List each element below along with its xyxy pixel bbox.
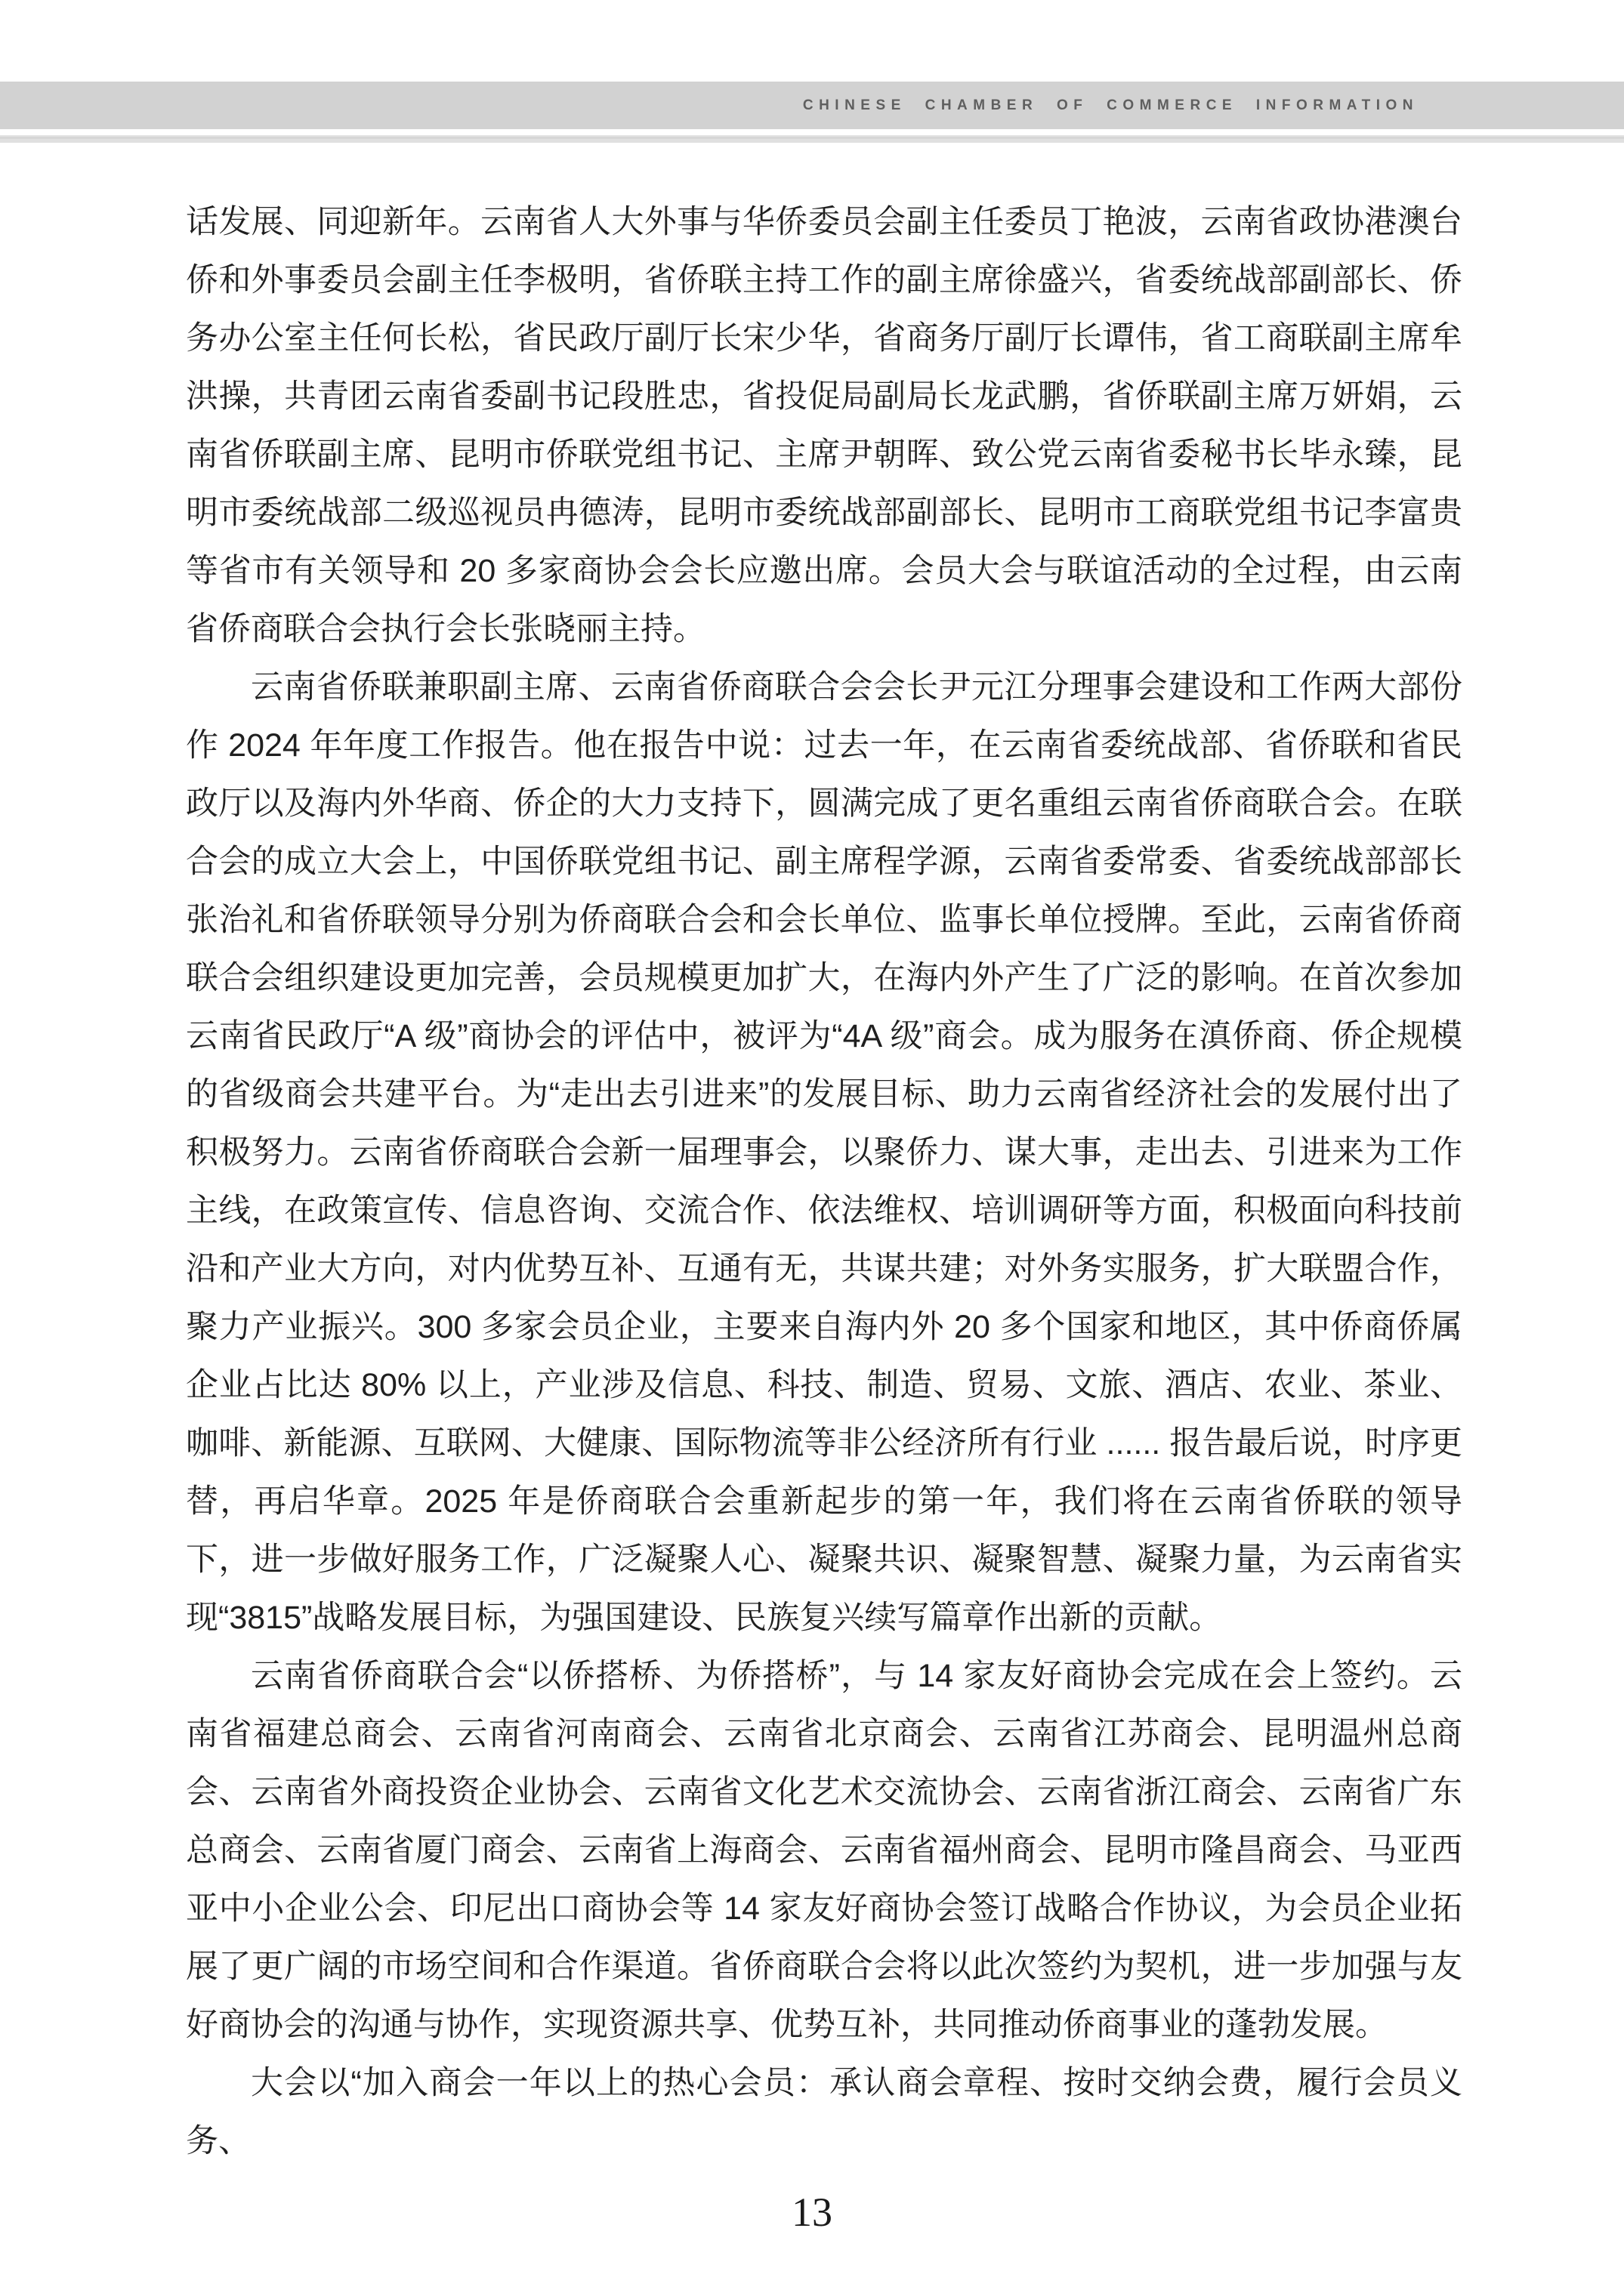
document-page: CHINESE CHAMBER OF COMMERCE INFORMATION … (0, 0, 1624, 2293)
paragraph-1: 话发展、同迎新年。云南省人大外事与华侨委员会副主任委员丁艳波，云南省政协港澳台侨… (186, 193, 1462, 659)
page-number: 13 (0, 2189, 1624, 2236)
paragraph-2: 云南省侨联兼职副主席、云南省侨商联合会会长尹元江分理事会建设和工作两大部份作 2… (186, 659, 1462, 1647)
article-body: 话发展、同迎新年。云南省人大外事与华侨委员会副主任委员丁艳波，云南省政协港澳台侨… (186, 193, 1462, 2171)
header-banner-title: CHINESE CHAMBER OF COMMERCE INFORMATION (803, 97, 1419, 114)
header-banner: CHINESE CHAMBER OF COMMERCE INFORMATION (0, 82, 1624, 129)
paragraph-4: 大会以“加入商会一年以上的热心会员：承认商会章程、按时交纳会费，履行会员义务、 (186, 2054, 1462, 2171)
header-strip (0, 135, 1624, 143)
paragraph-3: 云南省侨商联合会“以侨搭桥、为侨搭桥”，与 14 家友好商协会完成在会上签约。云… (186, 1647, 1462, 2054)
